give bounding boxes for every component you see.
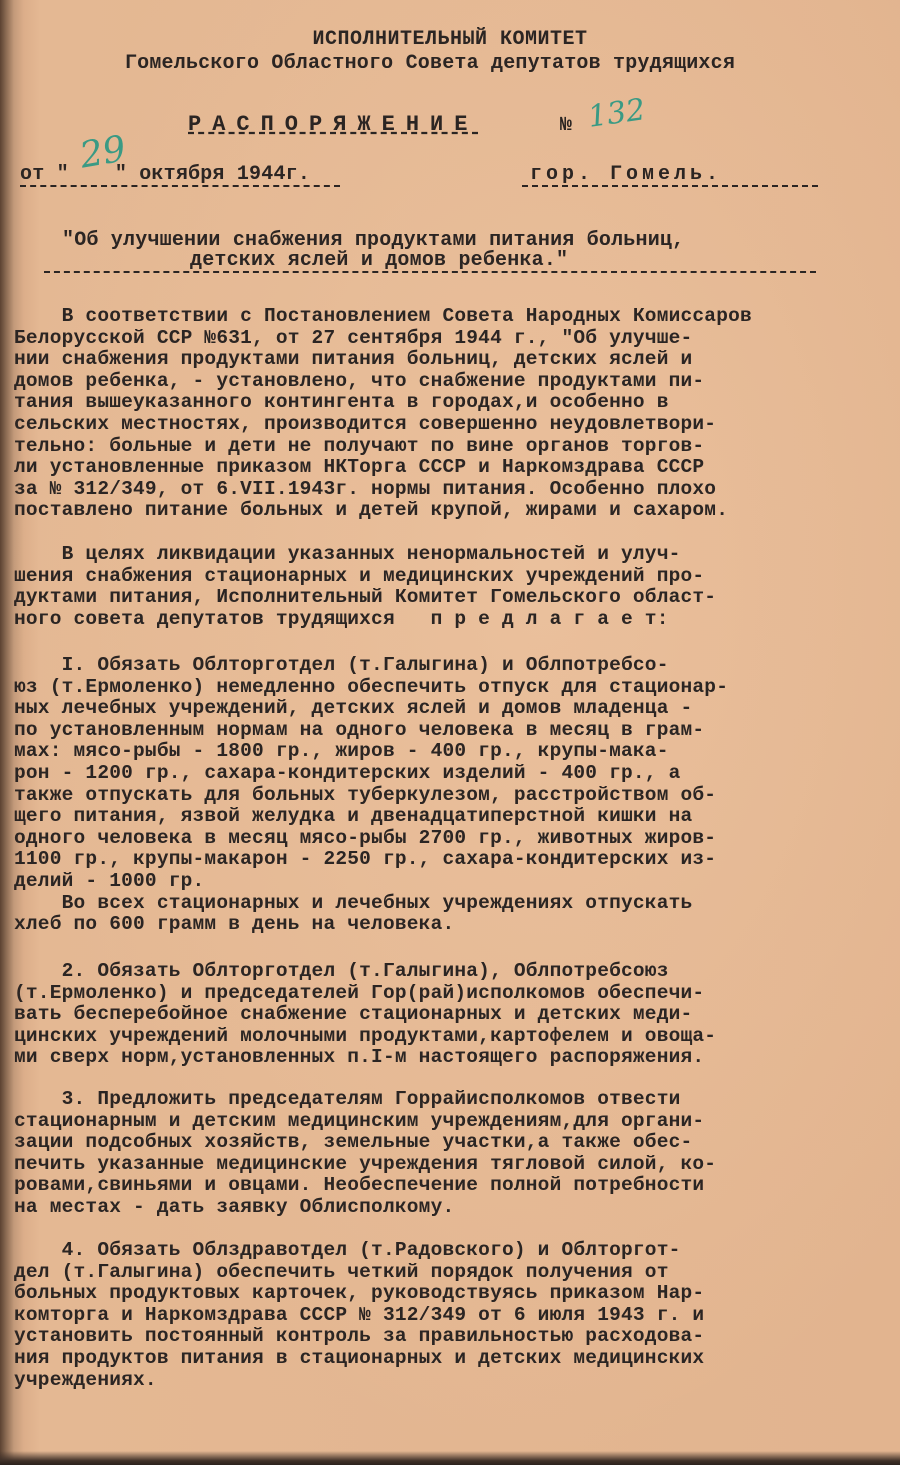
text-line: вать бесперебойное снабжение стационарны… xyxy=(14,1004,894,1026)
item-2-paragraph: 2. Обязать Облторготдел (т.Галыгина), Об… xyxy=(14,961,894,1069)
text-line: делий - 1000 гр. xyxy=(14,871,894,893)
torn-bottom-edge xyxy=(0,1451,900,1465)
text-line: нии снабжения продуктами питания больниц… xyxy=(14,349,894,371)
text-line: ного совета депутатов трудящихся п р е д… xyxy=(14,609,894,631)
text-line: одного человека в месяц мясо-рыбы 2700 г… xyxy=(14,828,894,850)
text-line: по установленным нормам на одного челове… xyxy=(14,720,894,742)
organization-header: ИСПОЛНИТЕЛЬНЫЙ КОМИТЕТ xyxy=(0,28,900,51)
text-line: ния продуктов питания в стационарных и д… xyxy=(14,1348,894,1370)
handwritten-date-day: 29 xyxy=(77,128,129,176)
text-line: щего питания, язвой желудка и двенадцати… xyxy=(14,806,894,828)
text-line: зации подсобных хозяйств, земельные учас… xyxy=(14,1132,894,1154)
text-line: рон - 1200 гр., сахара-кондитерских изде… xyxy=(14,763,894,785)
text-line: установить постоянный контроль за правил… xyxy=(14,1326,894,1348)
text-line: юз (т.Ермоленко) немедленно обеспечить о… xyxy=(14,677,894,699)
item-1-paragraph: I. Обязать Облторготдел (т.Галыгина) и О… xyxy=(14,655,894,936)
text-line: 4. Обязать Облздравотдел (т.Радовского) … xyxy=(14,1240,894,1262)
date-line: от "" октября 1944г. xyxy=(20,163,310,186)
text-line: домов ребенка, - установлено, что снабже… xyxy=(14,371,894,393)
place-underline xyxy=(522,185,818,187)
text-line: печить указанные медицинские учреждения … xyxy=(14,1154,894,1176)
council-header: Гомельского Областного Совета депутатов … xyxy=(0,52,860,75)
text-line: комторга и Наркомздрава СССР № 312/349 о… xyxy=(14,1305,894,1327)
text-line: шения снабжения стационарных и медицинск… xyxy=(14,566,894,588)
text-line: (т.Ермоленко) и председателей Гор(рай)ис… xyxy=(14,983,894,1005)
text-line: учреждениях. xyxy=(14,1370,894,1392)
title-underline xyxy=(44,271,816,273)
text-line: 3. Предложить председателям Горрайисполк… xyxy=(14,1089,894,1111)
date-suffix: " октября 1944г. xyxy=(115,163,310,186)
number-prefix: № xyxy=(560,114,572,137)
text-line: ровами,свиньями и овцами. Необеспечение … xyxy=(14,1175,894,1197)
text-line: В соответствии с Постановлением Совета Н… xyxy=(14,306,894,328)
text-line: ных лечебных учреждений, детских яслей и… xyxy=(14,698,894,720)
document-type: РАСПОРЯЖЕНИЕ xyxy=(188,112,478,137)
text-line: больных продуктовых карточек, руководств… xyxy=(14,1283,894,1305)
document-title-line-2: детских яслей и домов ребенка." xyxy=(190,249,568,272)
text-line: стационарным и детским медицинским учреж… xyxy=(14,1111,894,1133)
text-line: Во всех стационарных и лечебных учрежден… xyxy=(14,893,894,915)
text-line: В целях ликвидации указанных ненормально… xyxy=(14,544,894,566)
resolution-intro-paragraph: В целях ликвидации указанных ненормально… xyxy=(14,544,894,630)
text-line: тельно: больные и дети не получают по ви… xyxy=(14,436,894,458)
text-line: ли установленные приказом НКТорга СССР и… xyxy=(14,457,894,479)
text-line: дел (т.Галыгина) обеспечить четкий поряд… xyxy=(14,1262,894,1284)
text-line: Белорусской ССР №631, от 27 сентября 194… xyxy=(14,328,894,350)
text-line: тания вышеуказанного контингента в город… xyxy=(14,392,894,414)
text-line: сельских местностях, производится соверш… xyxy=(14,414,894,436)
text-line: на местах - дать заявку Облисполкому. xyxy=(14,1197,894,1219)
item-4-paragraph: 4. Обязать Облздравотдел (т.Радовского) … xyxy=(14,1240,894,1391)
handwritten-document-number: 132 xyxy=(586,92,648,135)
text-line: за № 312/349, от 6.VII.1943г. нормы пита… xyxy=(14,479,894,501)
text-line: поставлено питание больных и детей крупо… xyxy=(14,500,894,522)
document-page: ИСПОЛНИТЕЛЬНЫЙ КОМИТЕТ Гомельского Облас… xyxy=(0,0,900,1465)
place-of-issue: гор. Гомель. xyxy=(530,163,722,186)
date-underline xyxy=(20,185,340,187)
text-line: цинских учреждений молочными продуктами,… xyxy=(14,1026,894,1048)
text-line: мах: мясо-рыбы - 1800 гр., жиров - 400 г… xyxy=(14,741,894,763)
item-3-paragraph: 3. Предложить председателям Горрайисполк… xyxy=(14,1089,894,1219)
text-line: I. Обязать Облторготдел (т.Галыгина) и О… xyxy=(14,655,894,677)
text-line: дуктами питания, Исполнительный Комитет … xyxy=(14,587,894,609)
text-line: также отпускать для больных туберкулезом… xyxy=(14,785,894,807)
preamble-paragraph: В соответствии с Постановлением Совета Н… xyxy=(14,306,894,522)
text-line: 1100 гр., крупы-макарон - 2250 гр., саха… xyxy=(14,849,894,871)
text-line: ми сверх норм,установленных п.I-м настоя… xyxy=(14,1047,894,1069)
text-line: 2. Обязать Облторготдел (т.Галыгина), Об… xyxy=(14,961,894,983)
date-prefix: от " xyxy=(20,163,69,186)
text-line: хлеб по 600 грамм в день на человека. xyxy=(14,914,894,936)
